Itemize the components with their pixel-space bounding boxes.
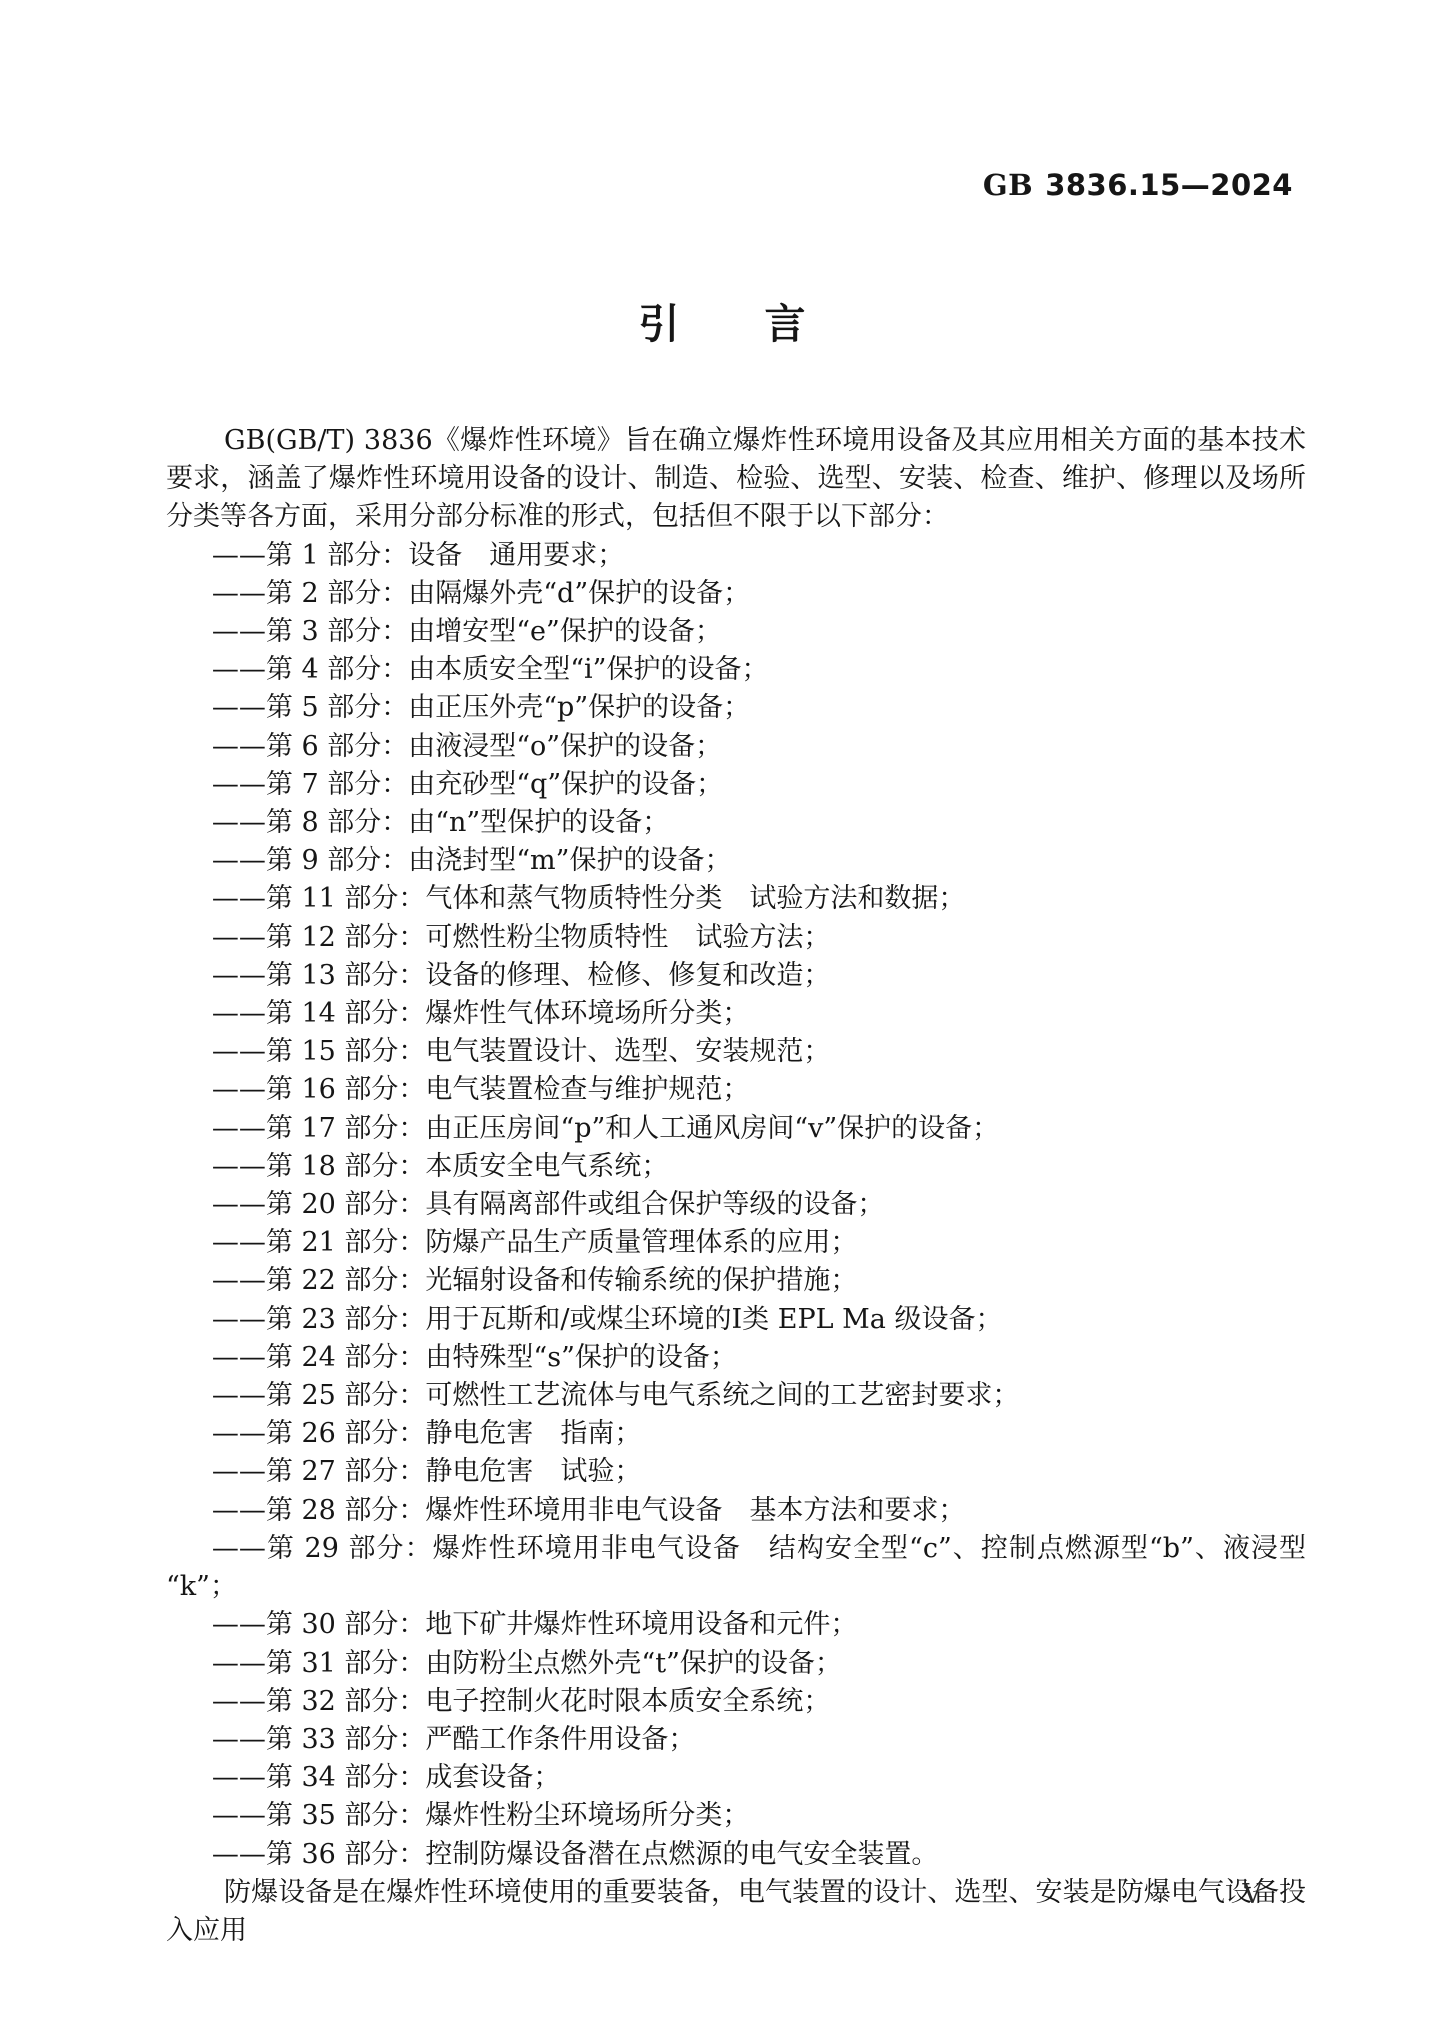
part-item: ——第 27 部分：静电危害 试验； <box>166 1453 1306 1491</box>
part-item: ——第 14 部分：爆炸性气体环境场所分类； <box>166 995 1306 1033</box>
part-item: ——第 7 部分：由充砂型“q”保护的设备； <box>166 766 1306 804</box>
part-item: ——第 2 部分：由隔爆外壳“d”保护的设备； <box>166 575 1306 613</box>
part-item: ——第 32 部分：电子控制火花时限本质安全系统； <box>166 1683 1306 1721</box>
standard-code: GB3836.15—2024 <box>983 168 1293 202</box>
part-item: ——第 12 部分：可燃性粉尘物质特性 试验方法； <box>166 919 1306 957</box>
part-item: ——第 28 部分：爆炸性环境用非电气设备 基本方法和要求； <box>166 1492 1306 1530</box>
part-item: ——第 29 部分：爆炸性环境用非电气设备 结构安全型“c”、控制点燃源型“b”… <box>166 1530 1306 1606</box>
part-item: ——第 13 部分：设备的修理、检修、修复和改造； <box>166 957 1306 995</box>
page-title: 引 言 <box>0 291 1445 350</box>
part-item: ——第 21 部分：防爆产品生产质量管理体系的应用； <box>166 1224 1306 1262</box>
part-item: ——第 34 部分：成套设备； <box>166 1759 1306 1797</box>
part-item: ——第 18 部分：本质安全电气系统； <box>166 1148 1306 1186</box>
part-item: ——第 26 部分：静电危害 指南； <box>166 1415 1306 1453</box>
part-item: ——第 33 部分：严酷工作条件用设备； <box>166 1721 1306 1759</box>
part-item: ——第 9 部分：由浇封型“m”保护的设备； <box>166 842 1306 880</box>
standard-code-number: 3836.15—2024 <box>1045 168 1293 202</box>
document-body: GB(GB/T) 3836《爆炸性环境》旨在确立爆炸性环境用设备及其应用相关方面… <box>166 422 1306 1950</box>
part-item: ——第 30 部分：地下矿井爆炸性环境用设备和元件； <box>166 1606 1306 1644</box>
part-item: ——第 36 部分：控制防爆设备潜在点燃源的电气安全装置。 <box>166 1836 1306 1874</box>
part-item: ——第 24 部分：由特殊型“s”保护的设备； <box>166 1339 1306 1377</box>
page-number: V <box>1243 1879 1263 1910</box>
part-item: ——第 20 部分：具有隔离部件或组合保护等级的设备； <box>166 1186 1306 1224</box>
closing-paragraph: 防爆设备是在爆炸性环境使用的重要装备，电气装置的设计、选型、安装是防爆电气设备投… <box>166 1874 1306 1950</box>
part-item: ——第 16 部分：电气装置检查与维护规范； <box>166 1071 1306 1109</box>
part-item: ——第 25 部分：可燃性工艺流体与电气系统之间的工艺密封要求； <box>166 1377 1306 1415</box>
part-item: ——第 11 部分：气体和蒸气物质特性分类 试验方法和数据； <box>166 880 1306 918</box>
document-page: GB3836.15—2024 引 言 GB(GB/T) 3836《爆炸性环境》旨… <box>0 0 1445 2044</box>
part-item: ——第 22 部分：光辐射设备和传输系统的保护措施； <box>166 1262 1306 1300</box>
standard-code-prefix: GB <box>983 168 1033 202</box>
part-item: ——第 17 部分：由正压房间“p”和人工通风房间“v”保护的设备； <box>166 1110 1306 1148</box>
part-item: ——第 35 部分：爆炸性粉尘环境场所分类； <box>166 1797 1306 1835</box>
part-item: ——第 1 部分：设备 通用要求； <box>166 537 1306 575</box>
part-item: ——第 3 部分：由增安型“e”保护的设备； <box>166 613 1306 651</box>
part-item: ——第 31 部分：由防粉尘点燃外壳“t”保护的设备； <box>166 1645 1306 1683</box>
intro-paragraph: GB(GB/T) 3836《爆炸性环境》旨在确立爆炸性环境用设备及其应用相关方面… <box>166 422 1306 537</box>
part-item: ——第 5 部分：由正压外壳“p”保护的设备； <box>166 689 1306 727</box>
part-item: ——第 4 部分：由本质安全型“i”保护的设备； <box>166 651 1306 689</box>
part-item: ——第 23 部分：用于瓦斯和/或煤尘环境的Ⅰ类 EPL Ma 级设备； <box>166 1301 1306 1339</box>
parts-list: ——第 1 部分：设备 通用要求； ——第 2 部分：由隔爆外壳“d”保护的设备… <box>166 537 1306 1874</box>
part-item: ——第 6 部分：由液浸型“o”保护的设备； <box>166 728 1306 766</box>
part-item: ——第 15 部分：电气装置设计、选型、安装规范； <box>166 1033 1306 1071</box>
part-item: ——第 8 部分：由“n”型保护的设备； <box>166 804 1306 842</box>
